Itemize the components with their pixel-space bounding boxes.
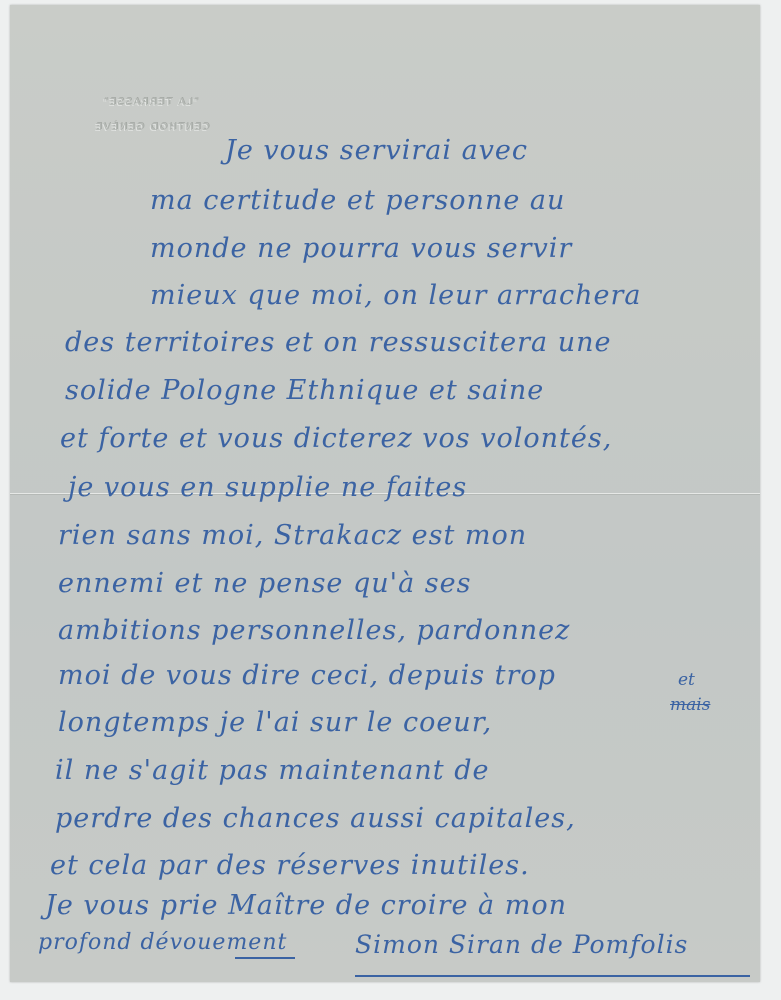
letter-line: il ne s'agit pas maintenant de — [55, 755, 489, 786]
letter-line: profond dévouement — [38, 930, 287, 955]
letter-line: et forte et vous dicterez vos volontés, — [60, 423, 612, 454]
letterhead-line-2: CENTHOD GENÈVE — [94, 122, 209, 133]
signature: Simon Siran de Pomfolis — [355, 930, 688, 959]
letter-line: ma certitude et personne au — [150, 185, 565, 216]
letter-line: mieux que moi, on leur arrachera — [150, 280, 642, 311]
letter-line: ambitions personnelles, pardonnez — [58, 615, 570, 646]
letter-line: perdre des chances aussi capitales, — [55, 803, 576, 834]
struck-word: mais — [670, 695, 710, 715]
letter-line: solide Pologne Ethnique et saine — [65, 375, 544, 406]
letterhead-line-1: "LA TERRASSE" — [102, 97, 198, 108]
letter-line: monde ne pourra vous servir — [150, 233, 572, 264]
letter-line: moi de vous dire ceci, depuis trop — [58, 660, 556, 691]
letter-line: Je vous servirai avec — [225, 135, 528, 166]
letter-line: rien sans moi, Strakacz est mon — [58, 520, 527, 551]
letter-line: ennemi et ne pense qu'à ses — [58, 568, 471, 599]
letter-line: des territoires et on ressuscitera une — [65, 327, 611, 358]
letter-line: je vous en supplie ne faites — [68, 472, 467, 503]
letter-line: et cela par des réserves inutiles. — [50, 850, 530, 881]
letter-line: Je vous prie Maître de croire à mon — [45, 890, 567, 921]
inserted-word: et — [678, 670, 695, 690]
underline-stroke — [235, 957, 295, 959]
letter-line: longtemps je l'ai sur le coeur, — [58, 707, 492, 738]
letter-page: "LA TERRASSE" CENTHOD GENÈVE Je vous ser… — [10, 5, 760, 982]
signature-underline — [355, 975, 750, 977]
